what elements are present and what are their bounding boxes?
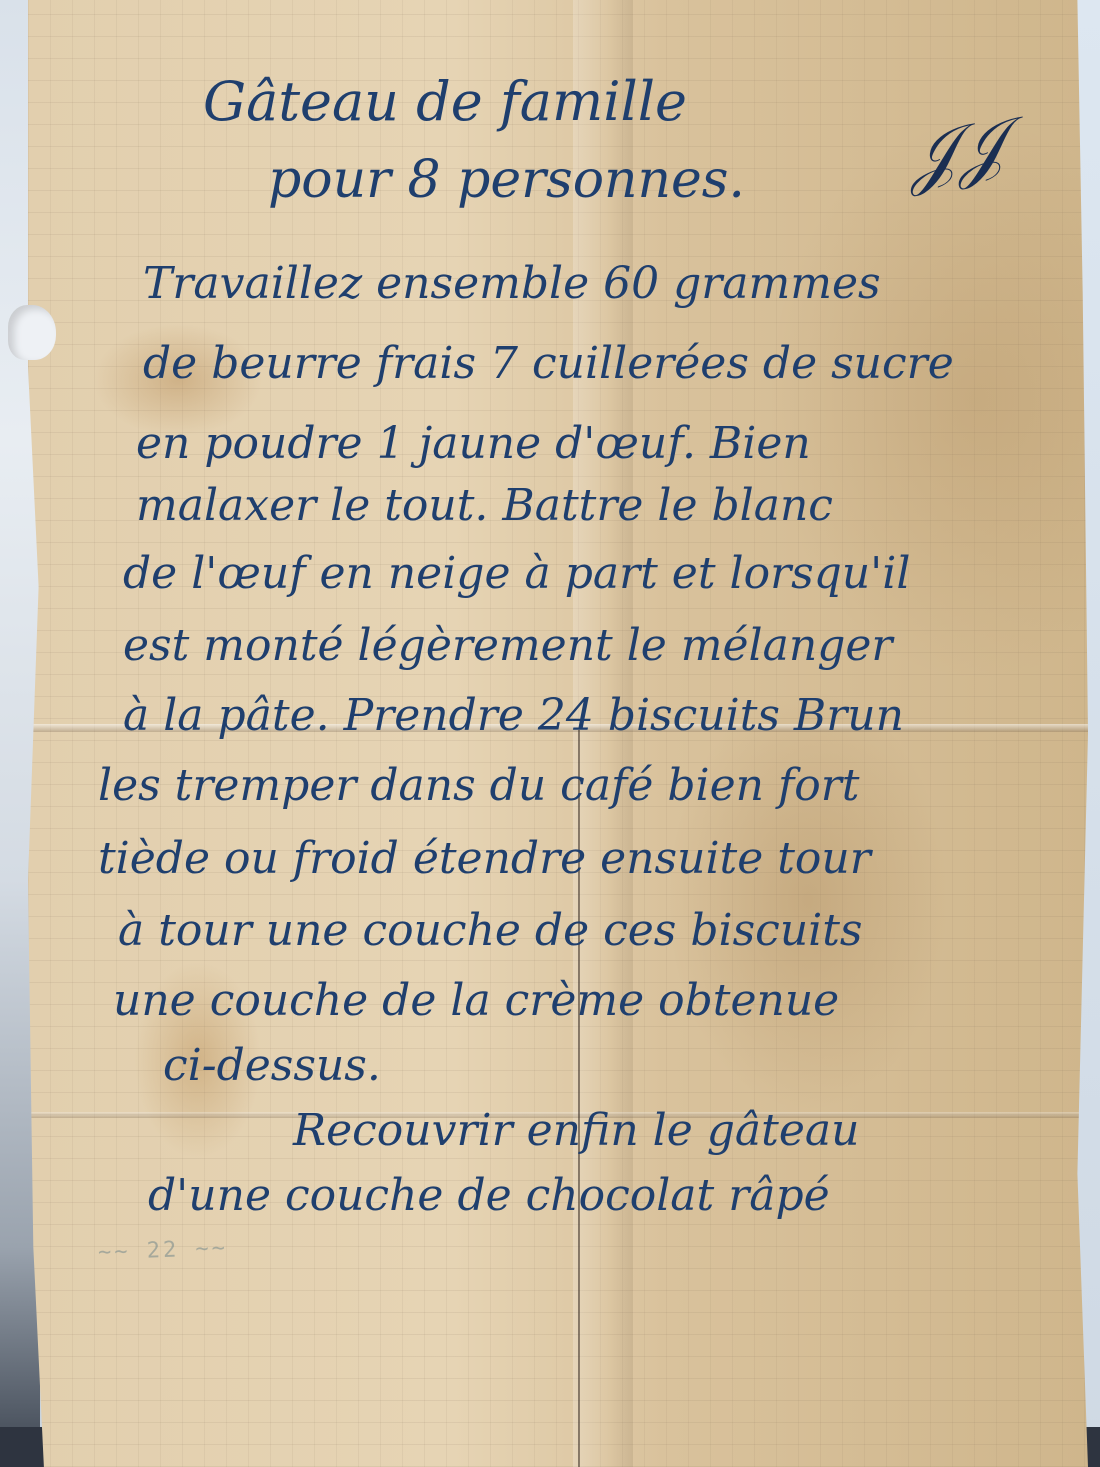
- recipe-line: en poudre 1 jaune d'œuf. Bien: [136, 418, 811, 469]
- recipe-line: Recouvrir enfin le gâteau: [293, 1105, 859, 1156]
- title-line-1: Gâteau de famille: [203, 70, 687, 133]
- recipe-line: de l'œuf en neige à part et lorsqu'il: [123, 548, 910, 599]
- title-line-2: pour 8 personnes.: [268, 150, 745, 210]
- recipe-line: une couche de la crème obtenue: [113, 975, 839, 1026]
- recipe-line: ci-dessus.: [163, 1040, 381, 1091]
- recipe-line: est monté légèrement le mélanger: [123, 620, 892, 671]
- recipe-line: tiède ou froid étendre ensuite tour: [98, 833, 871, 884]
- recipe-line: les tremper dans du café bien fort: [98, 760, 859, 811]
- faded-stamp: ~~ 22 ~~: [98, 1236, 229, 1266]
- signature-flourish: 𝒥𝒥: [903, 104, 1010, 200]
- recipe-line: à la pâte. Prendre 24 biscuits Brun: [123, 690, 904, 741]
- recipe-line: de beurre frais 7 cuillerées de sucre: [143, 338, 954, 389]
- recipe-line: Travaillez ensemble 60 grammes: [143, 258, 881, 309]
- recipe-line: à tour une couche de ces biscuits: [118, 905, 863, 956]
- torn-hole: [8, 305, 56, 360]
- recipe-line: d'une couche de chocolat râpé: [148, 1170, 830, 1221]
- recipe-line: malaxer le tout. Battre le blanc: [136, 480, 833, 531]
- recipe-paper: Gâteau de famille pour 8 personnes. 𝒥𝒥 T…: [28, 0, 1088, 1467]
